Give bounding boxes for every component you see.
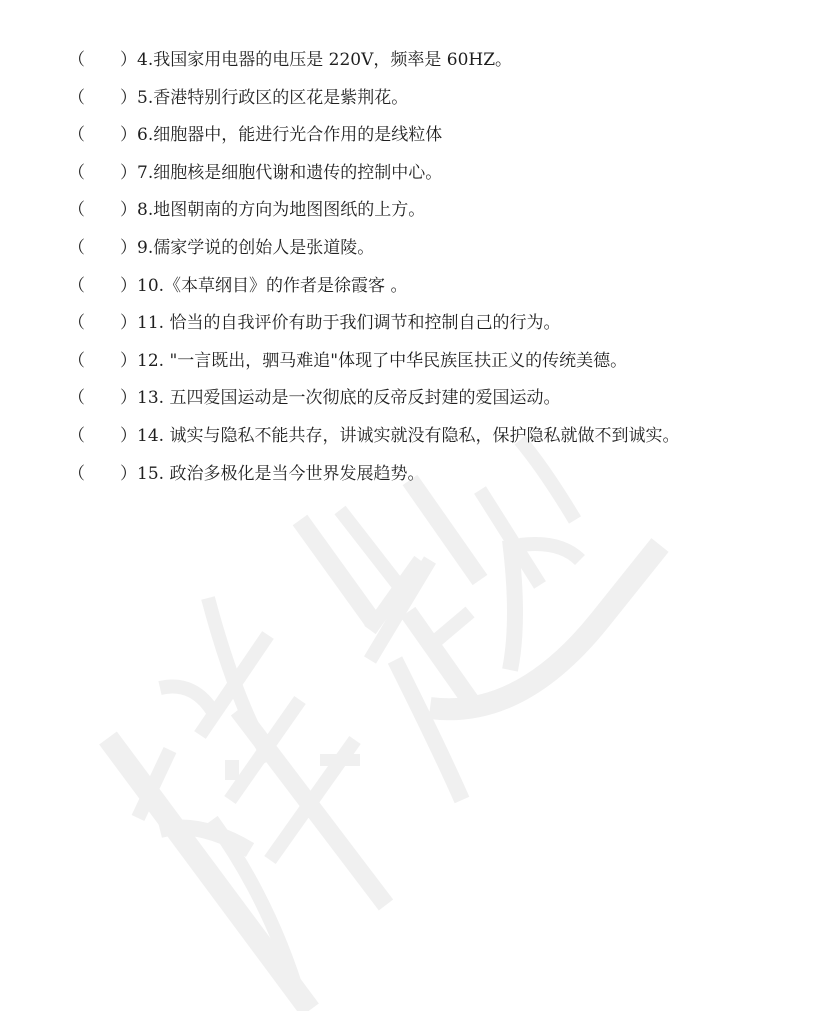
answer-bracket-close: ） xyxy=(120,456,137,492)
question-item-6: （ ） 6.细胞器中，能进行光合作用的是线粒体 xyxy=(0,117,838,155)
answer-bracket-open: （ xyxy=(68,117,85,153)
answer-bracket-close: ） xyxy=(120,117,137,153)
question-text: 恰当的自我评价有助于我们调节和控制自己的行为。 xyxy=(164,313,560,333)
answer-bracket-close: ） xyxy=(120,230,137,266)
question-text: 细胞核是细胞代谢和遗传的控制中心。 xyxy=(153,163,442,183)
answer-bracket-open: （ xyxy=(68,418,85,454)
question-number: 5. xyxy=(137,88,153,108)
question-number: 13. xyxy=(137,388,164,408)
answer-bracket-close: ） xyxy=(120,155,137,191)
question-number: 9. xyxy=(137,238,153,258)
question-text: 五四爱国运动是一次彻底的反帝反封建的爱国运动。 xyxy=(164,388,560,408)
question-item-9: （ ） 9.儒家学说的创始人是张道陵。 xyxy=(0,230,838,268)
question-text: 细胞器中，能进行光合作用的是线粒体 xyxy=(153,125,442,145)
answer-bracket-close: ） xyxy=(120,268,137,304)
answer-bracket-open: （ xyxy=(68,230,85,266)
question-item-13: （ ） 13. 五四爱国运动是一次彻底的反帝反封建的爱国运动。 xyxy=(0,380,838,418)
answer-bracket-close: ） xyxy=(120,418,137,454)
answer-bracket-close: ） xyxy=(120,305,137,341)
question-item-15: （ ） 15. 政治多极化是当今世界发展趋势。 xyxy=(0,456,838,494)
question-number: 8. xyxy=(137,200,153,220)
question-number: 15. xyxy=(137,464,164,484)
answer-bracket-open: （ xyxy=(68,155,85,191)
question-number: 12. xyxy=(137,351,164,371)
answer-bracket-open: （ xyxy=(68,456,85,492)
question-item-12: （ ） 12. "一言既出，驷马难追"体现了中华民族匡扶正义的传统美德。 xyxy=(0,343,838,381)
answer-bracket-open: （ xyxy=(68,80,85,116)
question-number: 6. xyxy=(137,125,153,145)
question-number: 7. xyxy=(137,163,153,183)
question-text: 《本草纲目》的作者是徐霞客 。 xyxy=(164,276,407,296)
question-item-11: （ ） 11. 恰当的自我评价有助于我们调节和控制自己的行为。 xyxy=(0,305,838,343)
answer-bracket-open: （ xyxy=(68,268,85,304)
question-item-7: （ ） 7.细胞核是细胞代谢和遗传的控制中心。 xyxy=(0,155,838,193)
question-number: 4. xyxy=(137,50,153,70)
question-text: 诚实与隐私不能共存，讲诚实就没有隐私，保护隐私就做不到诚实。 xyxy=(164,426,679,446)
answer-bracket-open: （ xyxy=(68,380,85,416)
question-number: 11. xyxy=(137,313,164,333)
answer-bracket-close: ） xyxy=(120,42,137,78)
answer-bracket-open: （ xyxy=(68,192,85,228)
answer-bracket-close: ） xyxy=(120,80,137,116)
question-text: 儒家学说的创始人是张道陵。 xyxy=(153,238,374,258)
question-text: 地图朝南的方向为地图图纸的上方。 xyxy=(153,200,425,220)
question-list: （ ） 4.我国家用电器的电压是 220V，频率是 60HZ。 （ ） 5.香港… xyxy=(0,42,838,493)
question-item-10: （ ） 10.《本草纲目》的作者是徐霞客 。 xyxy=(0,268,838,306)
question-text: 我国家用电器的电压是 220V，频率是 60HZ。 xyxy=(153,50,512,70)
question-number: 10. xyxy=(137,276,164,296)
question-item-4: （ ） 4.我国家用电器的电压是 220V，频率是 60HZ。 xyxy=(0,42,838,80)
question-item-8: （ ） 8.地图朝南的方向为地图图纸的上方。 xyxy=(0,192,838,230)
question-number: 14. xyxy=(137,426,164,446)
question-text: 香港特别行政区的区花是紫荆花。 xyxy=(153,88,408,108)
answer-bracket-close: ） xyxy=(120,343,137,379)
question-text: 政治多极化是当今世界发展趋势。 xyxy=(164,464,424,484)
answer-bracket-open: （ xyxy=(68,305,85,341)
question-text: "一言既出，驷马难追"体现了中华民族匡扶正义的传统美德。 xyxy=(164,351,627,371)
question-item-14: （ ） 14. 诚实与隐私不能共存，讲诚实就没有隐私，保护隐私就做不到诚实。 xyxy=(0,418,838,456)
answer-bracket-close: ） xyxy=(120,192,137,228)
question-item-5: （ ） 5.香港特别行政区的区花是紫荆花。 xyxy=(0,80,838,118)
answer-bracket-open: （ xyxy=(68,343,85,379)
answer-bracket-close: ） xyxy=(120,380,137,416)
answer-bracket-open: （ xyxy=(68,42,85,78)
